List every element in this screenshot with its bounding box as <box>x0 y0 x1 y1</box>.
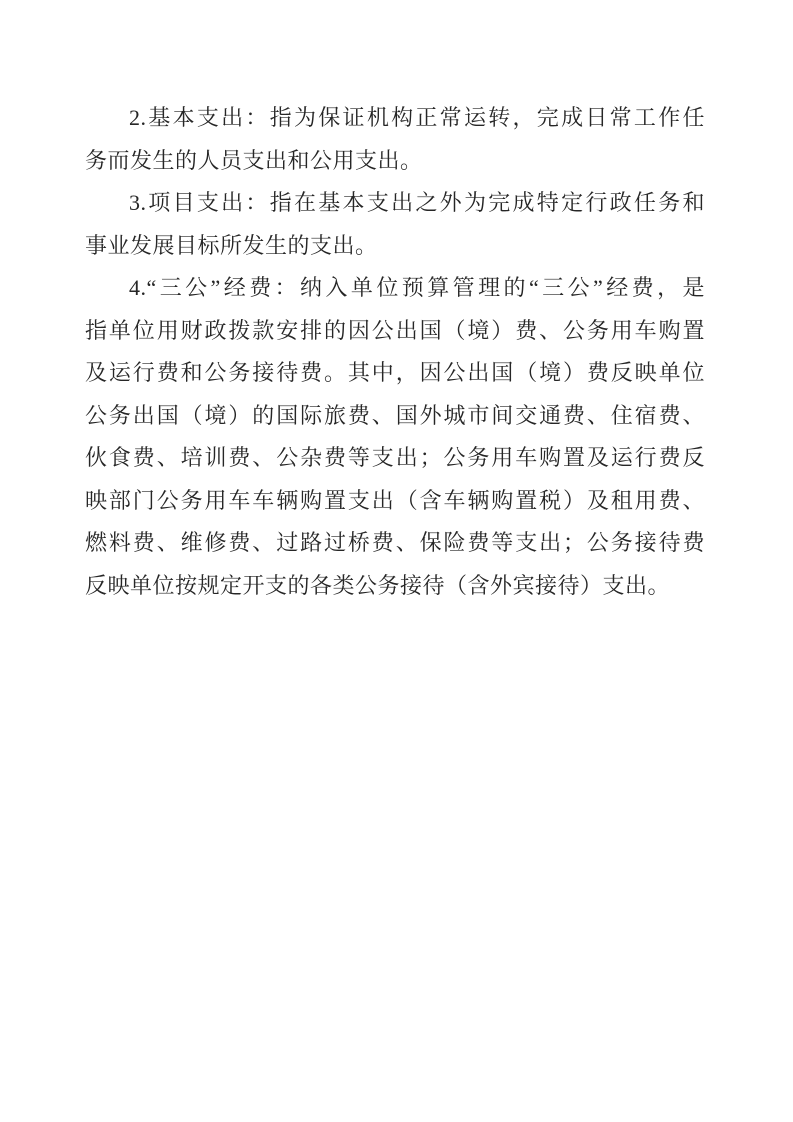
text-line: 及运行费和公务接待费。其中，因公出国（境）费反映单位 <box>85 352 705 395</box>
text-line: 4.“三公”经费：纳入单位预算管理的“三公”经费，是 <box>85 267 705 310</box>
text-line: 事业发展目标所发生的支出。 <box>85 225 705 268</box>
document-body: 2.基本支出：指为保证机构正常运转，完成日常工作任务而发生的人员支出和公用支出。… <box>85 97 705 607</box>
paragraph-3: 4.“三公”经费：纳入单位预算管理的“三公”经费，是指单位用财政拨款安排的因公出… <box>85 267 705 607</box>
text-line: 务而发生的人员支出和公用支出。 <box>85 140 705 183</box>
paragraph-1: 2.基本支出：指为保证机构正常运转，完成日常工作任务而发生的人员支出和公用支出。 <box>85 97 705 182</box>
paragraph-2: 3.项目支出：指在基本支出之外为完成特定行政任务和事业发展目标所发生的支出。 <box>85 182 705 267</box>
document-page: 2.基本支出：指为保证机构正常运转，完成日常工作任务而发生的人员支出和公用支出。… <box>0 0 793 1122</box>
text-line: 指单位用财政拨款安排的因公出国（境）费、公务用车购置 <box>85 310 705 353</box>
text-line: 映部门公务用车车辆购置支出（含车辆购置税）及租用费、 <box>85 480 705 523</box>
text-line: 2.基本支出：指为保证机构正常运转，完成日常工作任 <box>85 97 705 140</box>
text-line: 反映单位按规定开支的各类公务接待（含外宾接待）支出。 <box>85 565 705 608</box>
text-line: 公务出国（境）的国际旅费、国外城市间交通费、住宿费、 <box>85 395 705 438</box>
text-line: 燃料费、维修费、过路过桥费、保险费等支出；公务接待费 <box>85 522 705 565</box>
text-line: 伙食费、培训费、公杂费等支出；公务用车购置及运行费反 <box>85 437 705 480</box>
text-line: 3.项目支出：指在基本支出之外为完成特定行政任务和 <box>85 182 705 225</box>
